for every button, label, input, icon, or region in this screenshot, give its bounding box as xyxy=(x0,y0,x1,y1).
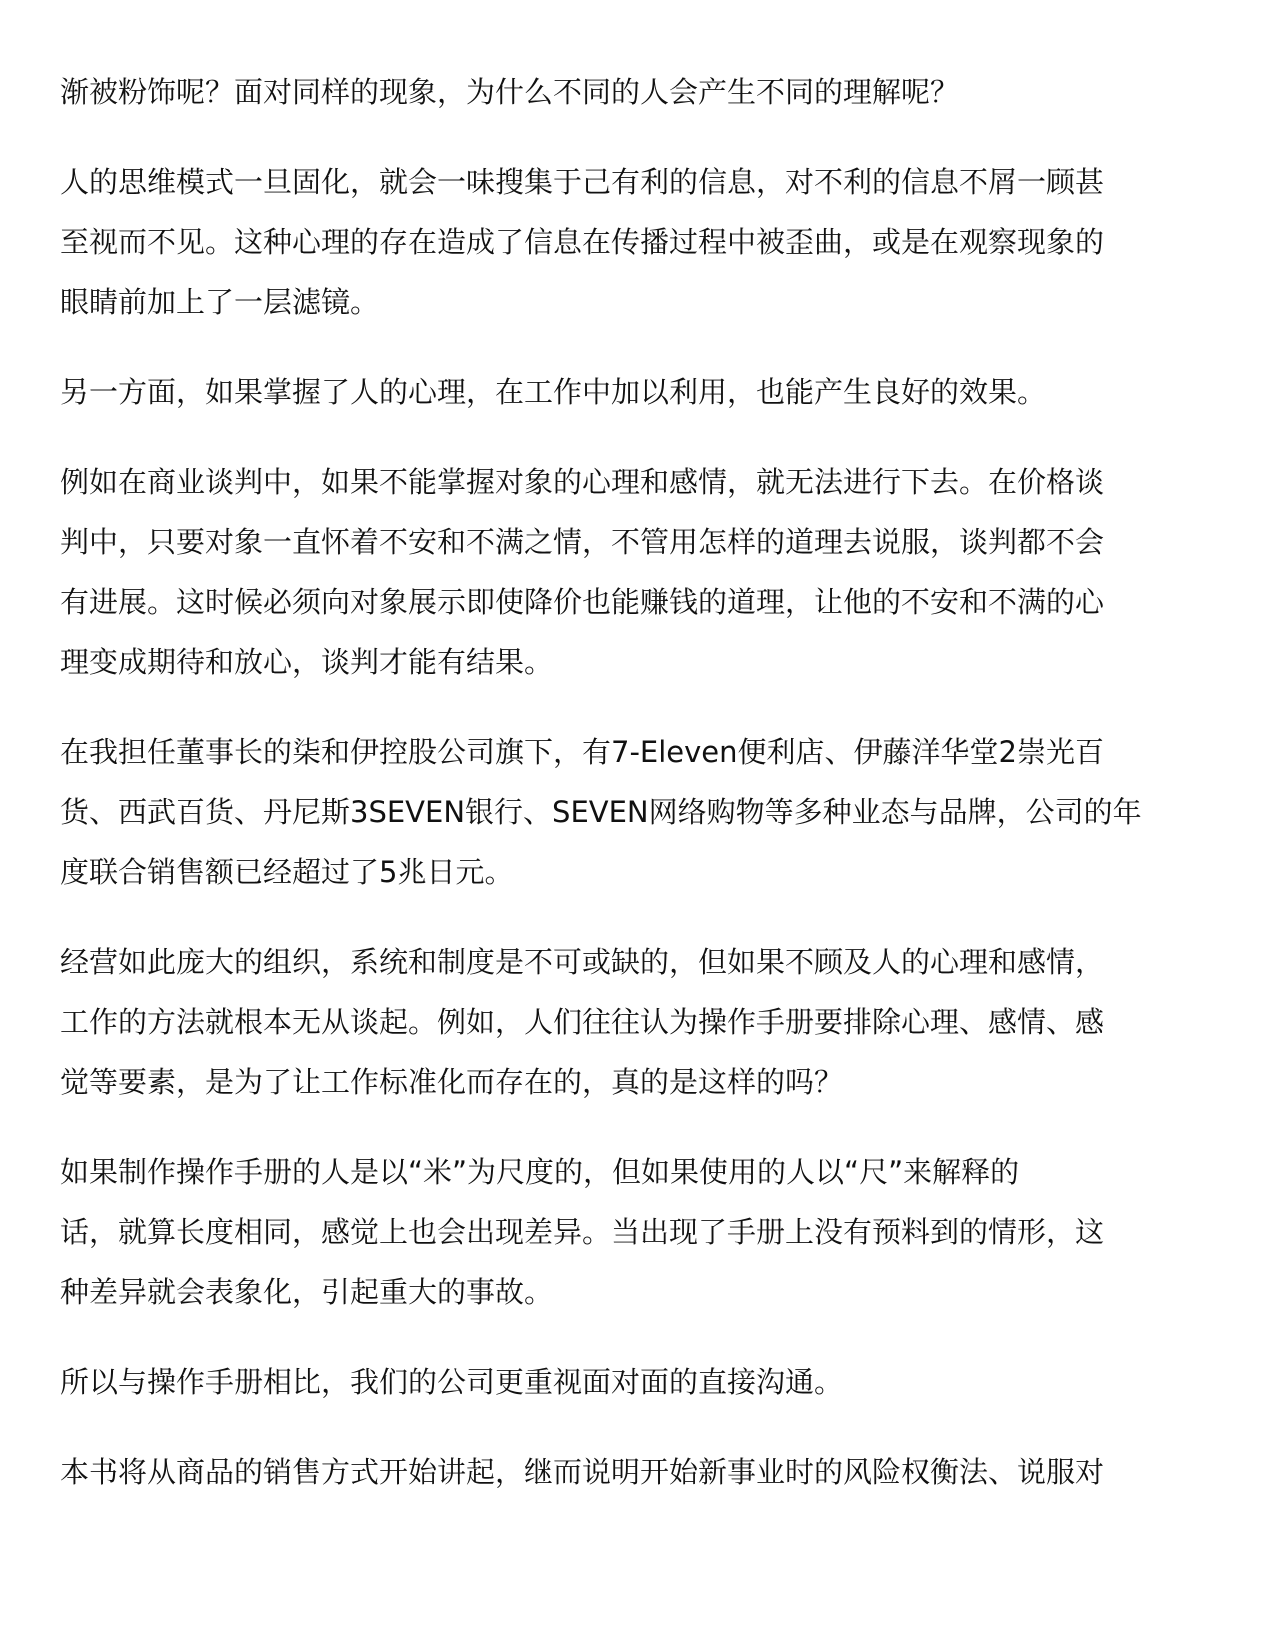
text-line: 理变成期待和放心，谈判才能有结果。 xyxy=(60,632,1132,692)
text-line: 本书将从商品的销售方式开始讲起，继而说明开始新事业时的风险权衡法、说服对 xyxy=(60,1442,1132,1502)
text-line: 判中，只要对象一直怀着不安和不满之情，不管用怎样的道理去说服，谈判都不会 xyxy=(60,512,1132,572)
text-line: 度联合销售额已经超过了5兆日元。 xyxy=(60,842,1132,902)
text-line: 有进展。这时候必须向对象展示即使降价也能赚钱的道理，让他的不安和不满的心 xyxy=(60,572,1132,632)
text-line: 觉等要素，是为了让工作标准化而存在的，真的是这样的吗？ xyxy=(60,1052,1132,1112)
document-page: 渐被粉饰呢？面对同样的现象，为什么不同的人会产生不同的理解呢？ 人的思维模式一旦… xyxy=(60,62,1132,1532)
paragraph-7: 如果制作操作手册的人是以“米”为尺度的，但如果使用的人以“尺”来解释的 话，就算… xyxy=(60,1142,1132,1322)
text-line: 人的思维模式一旦固化，就会一味搜集于己有利的信息，对不利的信息不屑一顾甚 xyxy=(60,152,1132,212)
text-line: 在我担任董事长的柒和伊控股公司旗下，有7-Eleven便利店、伊藤洋华堂2崇光百 xyxy=(60,722,1132,782)
text-line: 例如在商业谈判中，如果不能掌握对象的心理和感情，就无法进行下去。在价格谈 xyxy=(60,452,1132,512)
text-line: 货、西武百货、丹尼斯3SEVEN银行、SEVEN网络购物等多种业态与品牌，公司的… xyxy=(60,782,1132,842)
paragraph-8: 所以与操作手册相比，我们的公司更重视面对面的直接沟通。 xyxy=(60,1352,1132,1412)
text-line: 种差异就会表象化，引起重大的事故。 xyxy=(60,1262,1132,1322)
text-line: 另一方面，如果掌握了人的心理，在工作中加以利用，也能产生良好的效果。 xyxy=(60,362,1132,422)
text-line: 如果制作操作手册的人是以“米”为尺度的，但如果使用的人以“尺”来解释的 xyxy=(60,1142,1132,1202)
text-line: 至视而不见。这种心理的存在造成了信息在传播过程中被歪曲，或是在观察现象的 xyxy=(60,212,1132,272)
paragraph-2: 人的思维模式一旦固化，就会一味搜集于己有利的信息，对不利的信息不屑一顾甚 至视而… xyxy=(60,152,1132,332)
paragraph-1: 渐被粉饰呢？面对同样的现象，为什么不同的人会产生不同的理解呢？ xyxy=(60,62,1132,122)
paragraph-3: 另一方面，如果掌握了人的心理，在工作中加以利用，也能产生良好的效果。 xyxy=(60,362,1132,422)
text-line: 话，就算长度相同，感觉上也会出现差异。当出现了手册上没有预料到的情形，这 xyxy=(60,1202,1132,1262)
paragraph-9: 本书将从商品的销售方式开始讲起，继而说明开始新事业时的风险权衡法、说服对 xyxy=(60,1442,1132,1502)
text-line: 工作的方法就根本无从谈起。例如，人们往往认为操作手册要排除心理、感情、感 xyxy=(60,992,1132,1052)
text-line: 所以与操作手册相比，我们的公司更重视面对面的直接沟通。 xyxy=(60,1352,1132,1412)
text-line: 经营如此庞大的组织，系统和制度是不可或缺的，但如果不顾及人的心理和感情， xyxy=(60,932,1132,992)
text-line: 渐被粉饰呢？面对同样的现象，为什么不同的人会产生不同的理解呢？ xyxy=(60,62,1132,122)
paragraph-5: 在我担任董事长的柒和伊控股公司旗下，有7-Eleven便利店、伊藤洋华堂2崇光百… xyxy=(60,722,1132,902)
paragraph-6: 经营如此庞大的组织，系统和制度是不可或缺的，但如果不顾及人的心理和感情， 工作的… xyxy=(60,932,1132,1112)
text-line: 眼睛前加上了一层滤镜。 xyxy=(60,272,1132,332)
paragraph-4: 例如在商业谈判中，如果不能掌握对象的心理和感情，就无法进行下去。在价格谈 判中，… xyxy=(60,452,1132,692)
